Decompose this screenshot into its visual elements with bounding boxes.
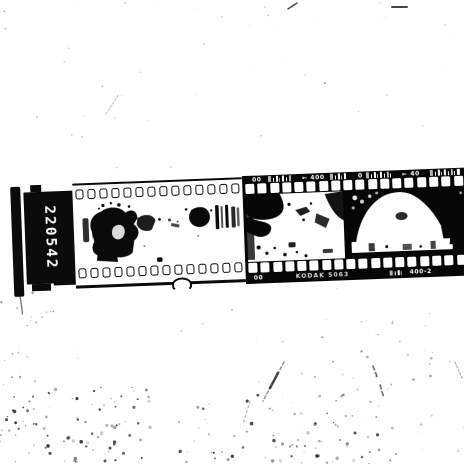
dust-speck [346, 445, 348, 447]
dust-speck [108, 451, 109, 452]
dust-speck [26, 325, 27, 326]
film-frame-1 [246, 191, 346, 262]
dust-speck [92, 449, 93, 450]
dust-speck [19, 376, 21, 378]
barcode-tick [268, 176, 271, 182]
barcode-tick [447, 171, 449, 175]
dust-speck [33, 408, 35, 410]
dust-speck [26, 409, 29, 412]
dust-speck [97, 436, 99, 438]
sprocket-hole [334, 259, 343, 269]
dust-speck [206, 423, 207, 424]
edge-marking-text: ← 400 [302, 173, 325, 181]
dust-speck [73, 459, 76, 462]
dust-speck [25, 425, 26, 426]
dust-speck [301, 373, 303, 375]
sprocket-hole [444, 255, 453, 265]
sprocket-hole [380, 179, 389, 189]
dust-speck [429, 363, 431, 365]
sprocket-hole [356, 179, 365, 189]
dust-speck [430, 357, 433, 360]
dust-speck [84, 421, 86, 423]
barcode-tick [330, 174, 333, 180]
barcode-tick [379, 172, 382, 178]
dust-speck [412, 378, 414, 380]
edge-barcode [390, 270, 402, 276]
barcode-tick [366, 172, 369, 178]
sprocket-hole [310, 260, 319, 270]
dust-speck [77, 349, 78, 350]
dust-speck [0, 301, 2, 303]
dust-speck [137, 398, 139, 400]
dust-speck [267, 15, 269, 17]
dust-speck [256, 338, 257, 339]
dust-speck [432, 352, 433, 353]
scratch-mark [455, 362, 462, 378]
dust-speck [345, 415, 348, 418]
dust-speck [45, 416, 48, 419]
sprocket-hole [260, 262, 269, 272]
sprocket-hole [392, 178, 401, 188]
dust-speck [429, 375, 432, 378]
dust-speck [114, 402, 115, 403]
dust-speck [342, 394, 345, 397]
dust-speck [301, 462, 302, 463]
barcode-tick [272, 177, 274, 181]
dust-speck [318, 395, 321, 398]
barcode-tick [377, 173, 378, 177]
dust-speck [390, 384, 392, 386]
sprocket-hole [368, 179, 377, 189]
barcode-tick [337, 173, 339, 179]
dust-speck [378, 449, 381, 452]
dust-speck [116, 424, 118, 426]
scratch-mark [243, 401, 250, 424]
dust-speck [22, 420, 24, 422]
dust-speck [35, 423, 38, 426]
dust-speck [12, 353, 14, 355]
dust-speck [198, 427, 200, 429]
dust-speck [314, 376, 316, 378]
sprocket-hole [282, 182, 291, 192]
dust-speck [105, 454, 106, 455]
dust-speck [300, 412, 302, 414]
dust-speck [15, 461, 16, 462]
scratch-mark [373, 366, 384, 398]
barcode-tick [456, 169, 459, 175]
dust-speck [304, 426, 305, 427]
dust-speck [72, 439, 75, 442]
dust-speck [366, 356, 369, 359]
dust-speck [170, 166, 172, 168]
dust-speck [378, 334, 379, 335]
dust-speck [91, 432, 94, 435]
dust-speck [202, 407, 205, 410]
dust-speck [292, 6, 294, 8]
dust-speck [113, 426, 116, 429]
film-segment-dense: 00 ← 400 0 ← 40 00 KODAK 5063 400-2 [242, 167, 464, 284]
dust-speck [386, 17, 387, 18]
dust-speck [249, 25, 250, 26]
dust-speck [369, 401, 371, 403]
dust-speck [326, 413, 328, 415]
dust-speck [147, 399, 150, 402]
dust-speck [41, 316, 43, 318]
edge-marking-text: 00 [252, 176, 262, 183]
dust-speck [47, 435, 49, 437]
dust-speck [32, 395, 34, 397]
sprocket-hole [248, 263, 257, 273]
sprocket-hole [297, 261, 306, 271]
dust-speck [43, 427, 46, 430]
dust-speck [336, 457, 339, 460]
dust-speck [1, 429, 3, 431]
sprocket-hole [408, 257, 417, 267]
edge-barcode [330, 173, 346, 179]
sprocket-hole [429, 177, 438, 187]
dust-speck [345, 442, 348, 445]
dust-speck [88, 293, 89, 294]
sprocket-hole [395, 257, 404, 267]
dust-speck [317, 427, 319, 429]
dust-speck [289, 446, 291, 448]
dust-speck [75, 397, 78, 400]
dust-speck [72, 398, 73, 399]
dust-speck [4, 360, 5, 361]
dust-speck [101, 86, 103, 88]
dust-speck [315, 447, 317, 449]
dust-speck [275, 446, 277, 448]
dust-speck [17, 352, 19, 354]
sprocket-hole [306, 181, 315, 191]
dust-speck [113, 443, 116, 446]
dust-speck [321, 441, 322, 442]
dust-speck [356, 388, 359, 391]
dust-speck [386, 94, 388, 96]
dust-speck [233, 435, 235, 437]
dust-speck [154, 7, 155, 8]
dust-speck [306, 431, 309, 434]
barcode-tick [383, 173, 385, 177]
dust-speck [121, 95, 122, 96]
dust-speck [442, 71, 443, 72]
dust-speck [148, 425, 151, 428]
barcode-tick [434, 171, 436, 175]
dust-speck [178, 450, 181, 453]
dust-speck [48, 452, 51, 455]
dust-speck [145, 389, 148, 392]
dust-speck [429, 313, 431, 315]
dust-speck [79, 440, 83, 444]
dust-speck [303, 452, 304, 453]
dust-speck [449, 361, 451, 363]
dust-speck [63, 440, 65, 442]
dust-speck [281, 442, 284, 445]
dust-speck [35, 321, 37, 323]
dust-speck [282, 397, 283, 398]
dust-speck [118, 423, 120, 425]
dust-speck [399, 341, 401, 343]
dust-speck [187, 451, 189, 453]
dust-speck [326, 319, 327, 320]
edge-marking-text: 00 [254, 274, 264, 281]
dust-speck [5, 418, 8, 421]
sprocket-hole [245, 184, 254, 194]
dust-speck [100, 431, 103, 434]
dust-speck [422, 125, 424, 127]
film-id-block: 220542 [23, 191, 76, 285]
dust-speck [391, 322, 393, 324]
dust-speck [53, 310, 55, 312]
dust-speck [54, 388, 57, 391]
dust-speck [277, 433, 278, 434]
dust-speck [18, 348, 19, 349]
sprocket-hole [294, 182, 303, 192]
dust-speck [211, 452, 212, 453]
barcode-tick [397, 270, 399, 276]
dust-speck [279, 459, 282, 462]
dust-speck [246, 431, 248, 433]
dust-speck [115, 406, 117, 408]
dust-speck [258, 381, 259, 382]
barcode-tick [334, 175, 336, 179]
dust-speck [181, 330, 183, 332]
dust-speck [221, 16, 223, 18]
sprocket-hole [343, 180, 352, 190]
dust-speck [286, 57, 287, 58]
edge-barcode [268, 175, 291, 181]
dust-speck [92, 404, 93, 405]
dust-speck [11, 376, 13, 378]
dust-speck [341, 373, 343, 375]
film-tab [32, 284, 51, 292]
dust-speck [369, 451, 371, 453]
dust-speck [4, 28, 6, 30]
film-id-text: 220542 [41, 205, 59, 270]
sprocket-hole [454, 176, 463, 186]
dust-speck [336, 288, 338, 290]
dust-speck [63, 61, 65, 63]
sprocket-hole [383, 257, 392, 267]
dust-speck [360, 350, 362, 352]
dust-speck [395, 453, 397, 455]
dust-speck [425, 326, 426, 327]
dust-speck [133, 390, 135, 392]
dust-speck [421, 432, 422, 433]
sprocket-hole [322, 260, 331, 270]
dust-speck [352, 459, 355, 462]
dust-speck [147, 396, 150, 399]
dust-speck [332, 361, 334, 363]
scratch-mark [20, 296, 22, 314]
dust-speck [351, 415, 353, 417]
dust-speck [103, 404, 105, 406]
dust-speck [79, 1, 80, 2]
dust-speck [367, 436, 370, 439]
dust-speck [421, 449, 423, 451]
dust-speck [291, 444, 293, 446]
dust-speck [214, 457, 216, 459]
dust-speck [93, 390, 95, 392]
dust-speck [48, 393, 50, 395]
dust-speck [132, 406, 135, 409]
barcode-tick [430, 170, 433, 176]
sprocket-hole [346, 259, 355, 269]
sprocket-hole [457, 255, 464, 265]
dust-speck [314, 18, 315, 19]
dust-speck [282, 341, 284, 343]
dust-speck [387, 388, 388, 389]
dust-speck [26, 356, 28, 358]
dust-speck [265, 457, 267, 459]
edge-barcode [430, 169, 460, 176]
dust-speck [208, 434, 209, 435]
film-segment-light [72, 176, 246, 290]
barcode-tick [275, 176, 277, 182]
dust-speck [99, 408, 101, 410]
dust-speck [36, 116, 38, 118]
dust-speck [185, 461, 187, 463]
barcode-tick [390, 173, 391, 177]
dust-speck [296, 445, 298, 447]
dust-speck [7, 416, 8, 417]
dust-speck [245, 421, 246, 422]
sprocket-hole [270, 183, 279, 193]
dust-speck [352, 377, 354, 379]
dust-speck [337, 425, 339, 427]
dust-speck [242, 446, 245, 449]
dust-speck [260, 135, 262, 137]
dust-speck [420, 423, 422, 425]
dust-speck [100, 387, 101, 388]
barcode-tick [279, 177, 280, 181]
dust-speck [357, 411, 358, 412]
scratch-mark [270, 373, 278, 388]
dust-speck [250, 422, 254, 426]
sprocket-hole [273, 262, 282, 272]
barcode-tick [288, 175, 290, 181]
sprocket-hole [417, 177, 426, 187]
edge-marking-text: 0 [358, 172, 363, 179]
dust-speck [114, 459, 116, 461]
dust-speck [227, 458, 230, 461]
dust-speck [290, 455, 292, 457]
dust-speck [22, 406, 24, 408]
barcode-tick [285, 177, 287, 181]
barcode-tick [281, 176, 284, 182]
dust-speck [67, 436, 70, 439]
dust-speck [83, 116, 84, 117]
dust-speck [389, 459, 391, 461]
dust-speck [33, 444, 34, 445]
dust-speck [137, 422, 140, 425]
dust-speck [141, 457, 143, 459]
sprocket-hole [285, 261, 294, 271]
dust-speck [111, 424, 114, 427]
barcode-tick [401, 271, 402, 275]
dust-speck [194, 441, 195, 442]
dust-speck [77, 419, 79, 421]
dust-speck [294, 413, 296, 415]
dust-speck [71, 134, 73, 136]
dust-speck [231, 455, 234, 458]
dust-speck [304, 74, 306, 76]
dust-speck [64, 461, 66, 463]
barcode-tick [390, 270, 393, 276]
dust-speck [318, 440, 321, 443]
dust-speck [28, 452, 29, 453]
dust-speck [271, 409, 273, 411]
sprocket-hole [359, 258, 368, 268]
dust-speck [33, 423, 35, 425]
dust-speck [49, 406, 51, 408]
dust-speck [3, 384, 5, 386]
dust-speck [424, 350, 425, 351]
edge-marking-text: ← 40 [402, 170, 420, 178]
dust-speck [18, 428, 20, 430]
dust-speck [406, 354, 409, 357]
dust-speck [335, 400, 337, 402]
dust-speck [14, 421, 17, 424]
film-frame-2 [350, 188, 464, 253]
barcode-tick [450, 169, 452, 175]
edge-barcode [366, 171, 391, 177]
dust-speck [272, 439, 275, 442]
barcode-tick [454, 170, 455, 174]
dust-speck [0, 441, 1, 442]
dust-speck [50, 311, 52, 313]
dust-speck [120, 395, 122, 397]
dust-speck [202, 323, 204, 325]
dust-speck [105, 424, 108, 427]
dust-speck [195, 94, 196, 95]
dust-speck [430, 414, 432, 416]
dust-speck [333, 422, 334, 423]
dust-speck [269, 408, 271, 410]
dust-speck [213, 452, 215, 454]
dust-speck [128, 434, 131, 437]
dust-speck [252, 64, 253, 65]
dust-speck [321, 336, 323, 338]
dust-speck [366, 320, 367, 321]
barcode-tick [370, 174, 372, 178]
dust-speck [454, 38, 455, 39]
dust-speck [272, 25, 273, 26]
dust-speck [114, 117, 116, 119]
dust-speck [110, 398, 112, 400]
dust-speck [313, 423, 316, 426]
dust-speck [365, 418, 366, 419]
dust-speck [196, 406, 199, 409]
dust-speck [8, 429, 11, 432]
film-negative-strip: 220542 [6, 167, 464, 293]
dust-speck [379, 2, 381, 4]
dust-speck [358, 111, 359, 112]
barcode-tick [394, 271, 396, 275]
emulsion-blotches-graphic [72, 176, 246, 290]
dust-speck [85, 445, 87, 447]
barcode-tick [386, 172, 388, 178]
film-leader-bar [10, 187, 24, 297]
barcode-tick [343, 173, 346, 179]
dust-speck [13, 396, 15, 398]
dust-speck [125, 421, 126, 422]
dust-speck [375, 416, 377, 418]
dust-speck [197, 9, 198, 10]
dust-speck [109, 447, 112, 450]
scanned-page-background: 220542 [0, 0, 464, 464]
dust-speck [375, 375, 377, 377]
